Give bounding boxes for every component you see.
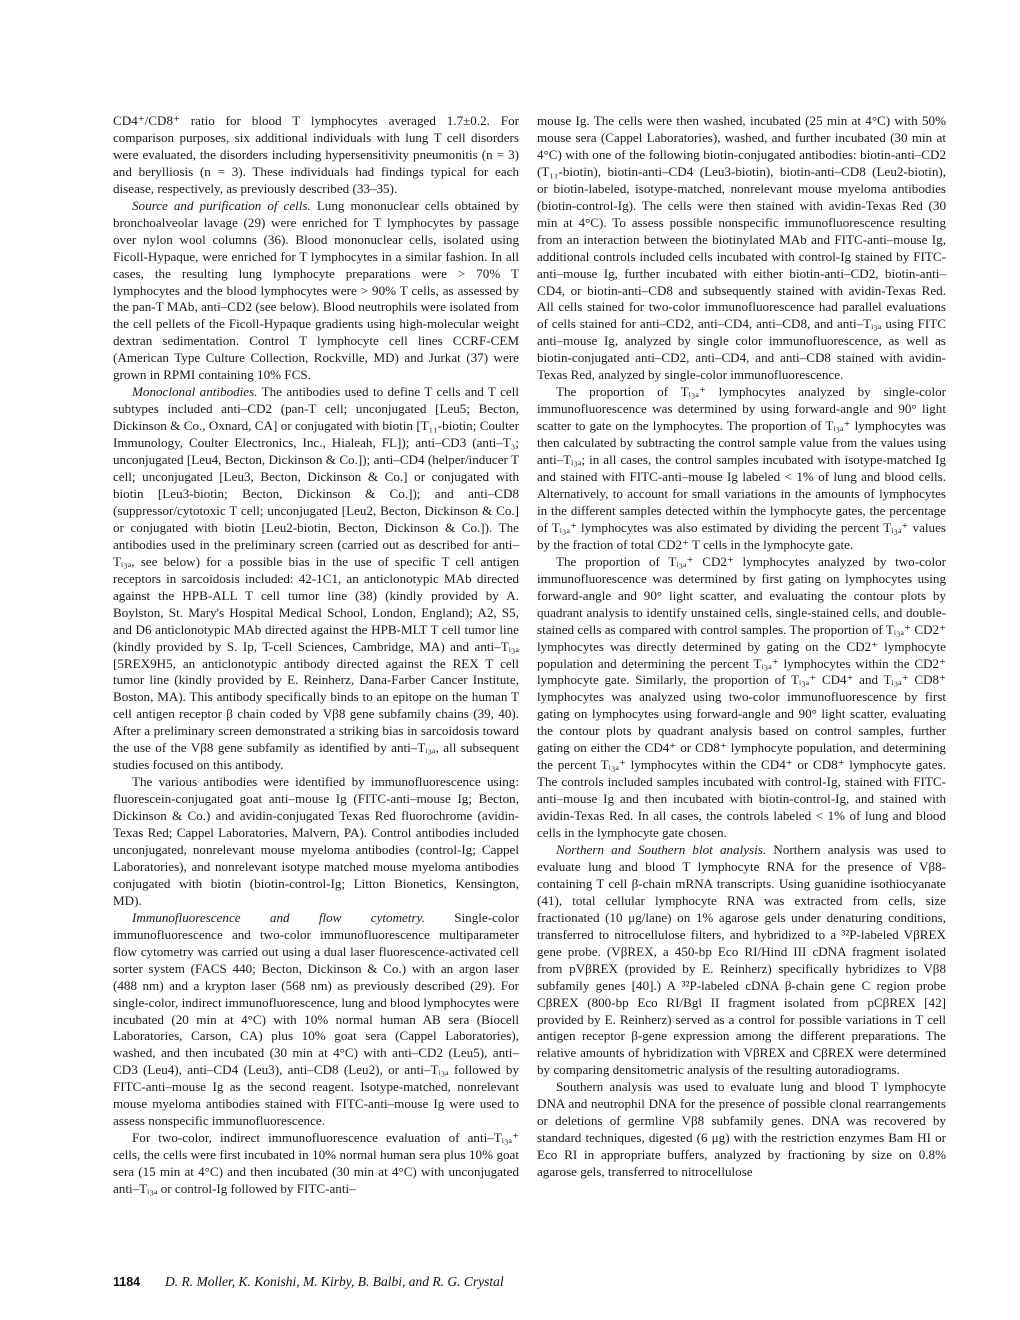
section-heading-monoclonal-antibodies: Monoclonal antibodies. — [132, 384, 257, 399]
paragraph-two-color: For two-color, indirect immunofluorescen… — [113, 1130, 519, 1198]
running-footer-authors: D. R. Moller, K. Konishi, M. Kirby, B. B… — [165, 1274, 504, 1289]
paragraph-body: The antibodies used to define T cells an… — [113, 384, 519, 772]
paragraph-continuation: CD4⁺/CD8⁺ ratio for blood T lymphocytes … — [113, 113, 519, 198]
paragraph-two-color-proportion: The proportion of Tᵢ₃ₐ⁺ CD2⁺ lymphocytes… — [537, 554, 946, 842]
paragraph-source-purification: Source and purification of cells. Lung m… — [113, 198, 519, 384]
section-heading-source-purification: Source and purification of cells. — [132, 198, 311, 213]
page-footer: 1184D. R. Moller, K. Konishi, M. Kirby, … — [113, 1274, 504, 1294]
page-number: 1184 — [113, 1275, 165, 1289]
paragraph-northern-southern: Northern and Southern blot analysis. Nor… — [537, 842, 946, 1079]
paragraph-monoclonal-antibodies: Monoclonal antibodies. The antibodies us… — [113, 384, 519, 774]
paragraph-body: Single-color immunofluorescence and two-… — [113, 910, 519, 1128]
journal-page: CD4⁺/CD8⁺ ratio for blood T lymphocytes … — [0, 0, 1020, 1320]
paragraph-southern-analysis: Southern analysis was used to evaluate l… — [537, 1079, 946, 1181]
paragraph-single-color-proportion: The proportion of Tᵢ₃ₐ⁺ lymphocytes anal… — [537, 384, 946, 554]
paragraph-continuation: mouse Ig. The cells were then washed, in… — [537, 113, 946, 384]
paragraph-immunofluorescence: Immunofluorescence and flow cytometry. S… — [113, 910, 519, 1130]
right-column: mouse Ig. The cells were then washed, in… — [537, 113, 946, 1181]
paragraph-body: Northern analysis was used to evaluate l… — [537, 842, 946, 1077]
left-column: CD4⁺/CD8⁺ ratio for blood T lymphocytes … — [113, 113, 519, 1198]
section-heading-blot-analysis: Northern and Southern blot analysis. — [556, 842, 766, 857]
section-heading-immunofluorescence: Immunofluorescence and flow cytometry. — [132, 910, 425, 925]
paragraph-body: Lung mononuclear cells obtained by bronc… — [113, 198, 519, 383]
paragraph-antibody-identification: The various antibodies were identified b… — [113, 774, 519, 910]
